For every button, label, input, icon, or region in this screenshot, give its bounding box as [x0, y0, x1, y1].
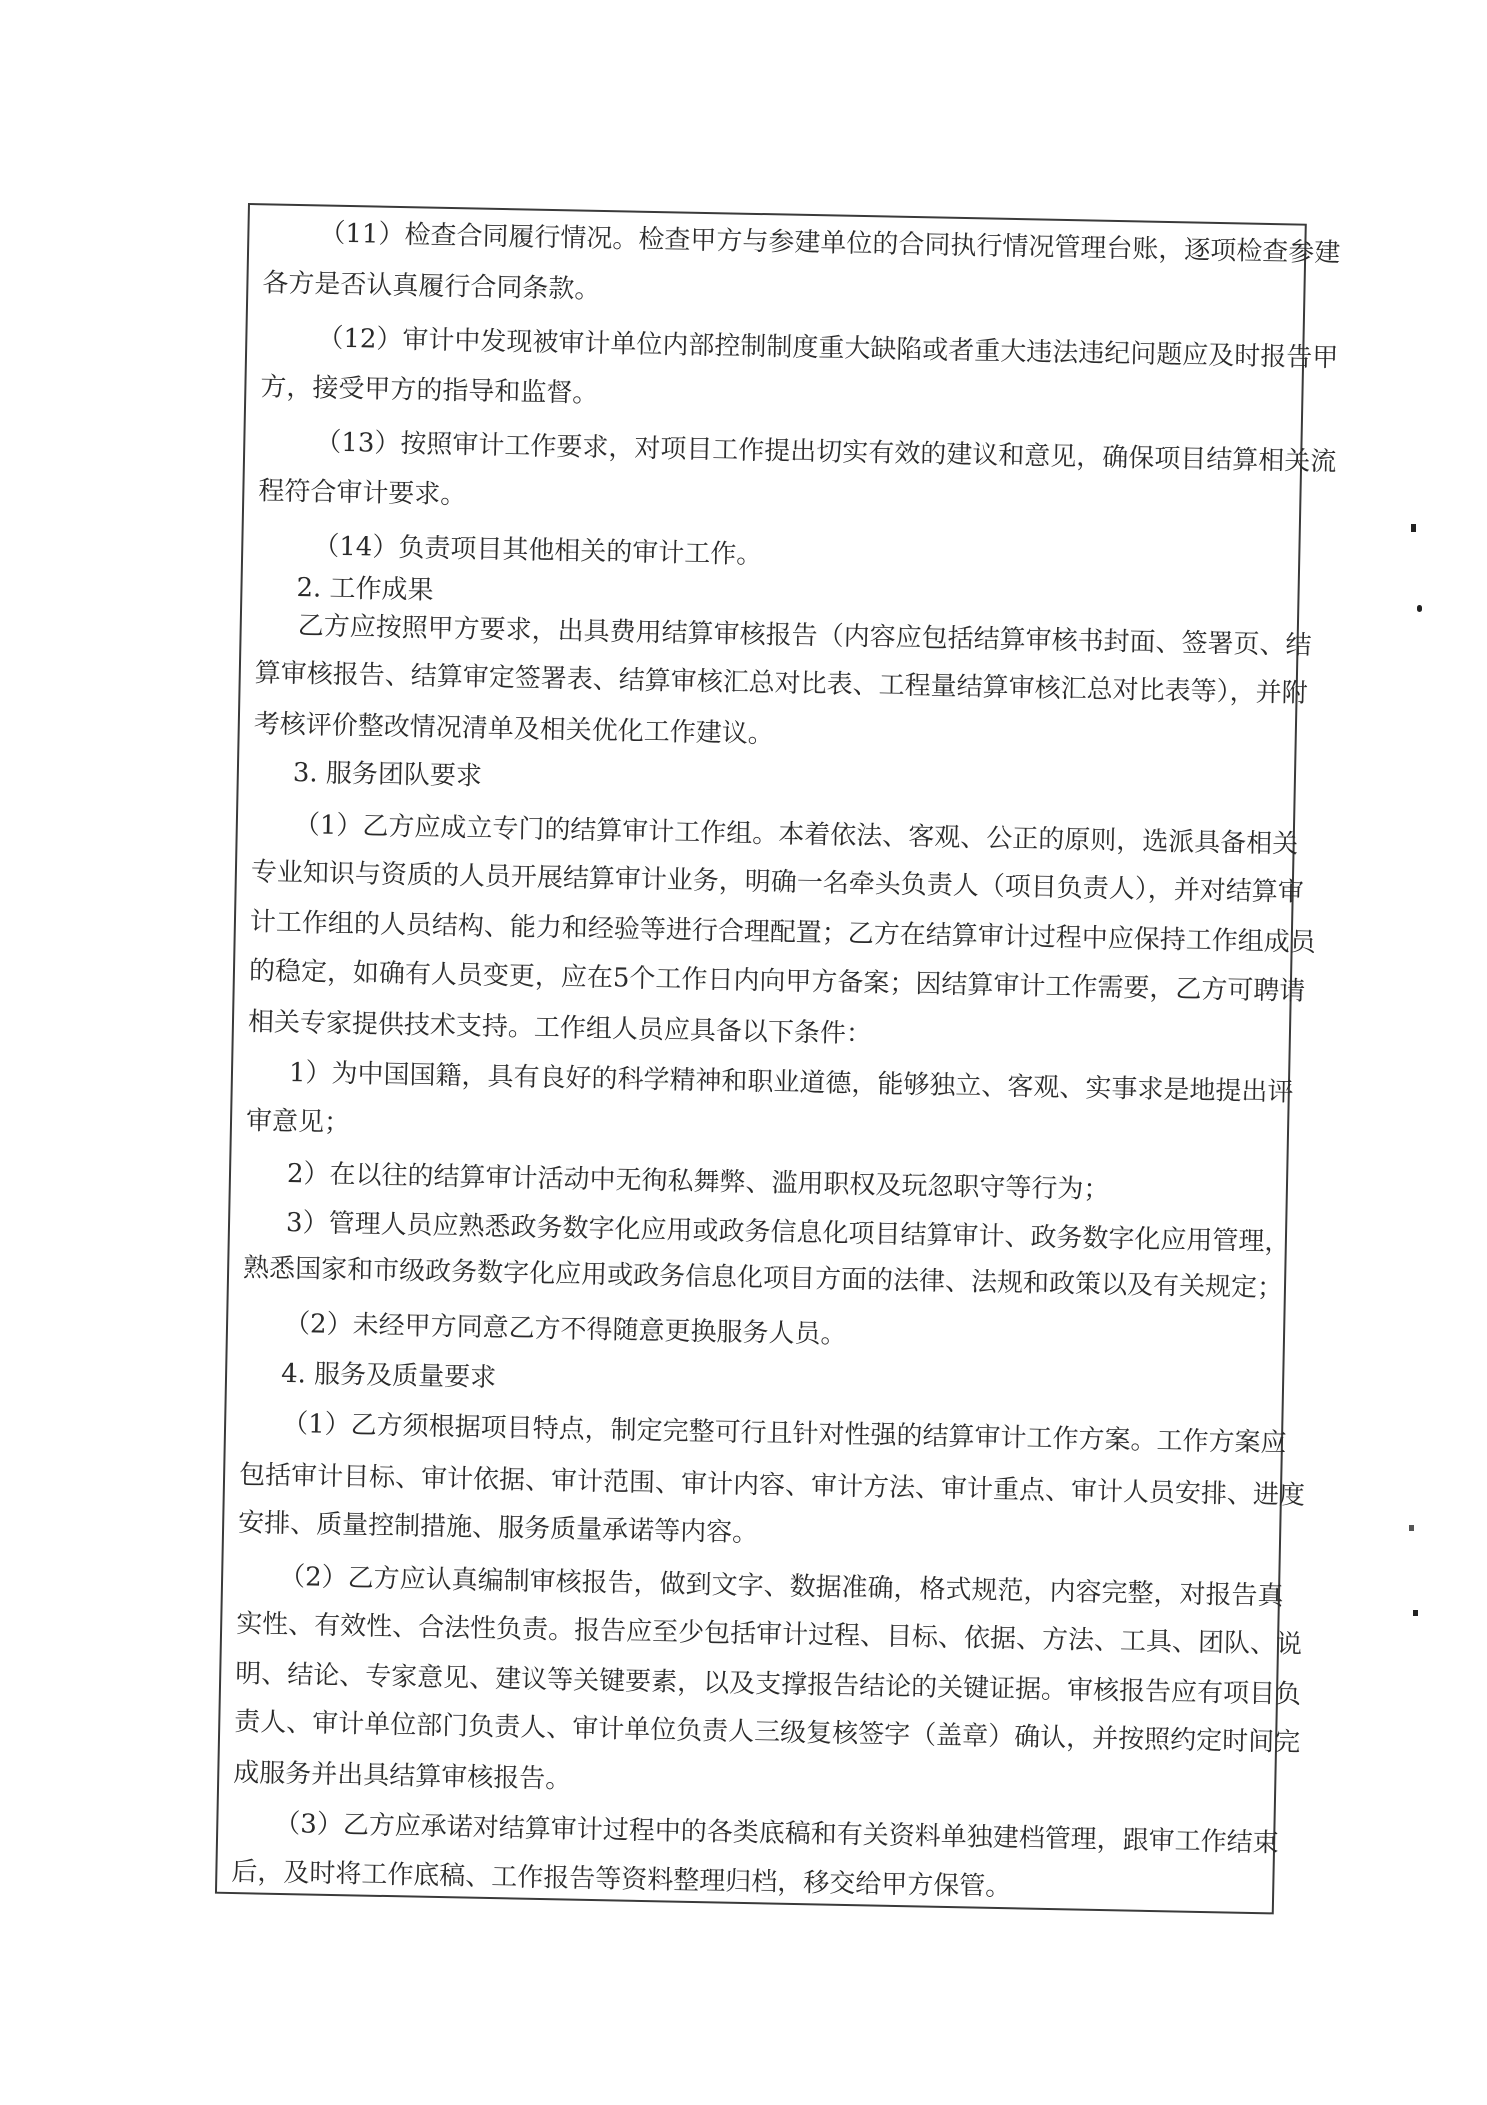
team-2-line-1: （2）未经甲方同意乙方不得随意更换服务人员。 — [284, 1308, 1269, 1359]
item-12-line-2: 方，接受甲方的指导和监督。 — [260, 371, 1287, 423]
item-11-line-1: （11）检查合同履行情况。检查甲方与参建单位的合同执行情况管理台账，逐项检查参建 — [319, 217, 1290, 268]
condition-3-line-1: 3）管理人员应熟悉政务数字化应用或政务信息化项目结算审计、政务数字化应用管理， — [286, 1207, 1271, 1258]
quality-3-line-1: （3）乙方应承诺对结算审计过程中的各类底稿和有关资料单独建档管理，跟审工作结束 — [274, 1808, 1259, 1859]
work-results-line-3: 考核评价整改情况清单及相关优化工作建议。 — [254, 708, 1281, 760]
scan-speck — [1417, 605, 1422, 612]
quality-2-line-2: 实性、有效性、合法性负责。报告应至少包括审计过程、目标、依据、方法、工具、团队、… — [236, 1608, 1263, 1660]
quality-3-line-2: 后，及时将工作底稿、工作报告等资料整理归档，移交给甲方保管。 — [231, 1856, 1258, 1908]
quality-1-line-1: （1）乙方须根据项目特点，制定完整可行且针对性强的结算审计工作方案。工作方案应 — [282, 1408, 1267, 1459]
item-11-line-2: 各方是否认真履行合同条款。 — [262, 267, 1289, 319]
team-1-line-4: 的稳定，如确有人员变更，应在5个工作日内向甲方备案；因结算审计工作需要，乙方可聘… — [249, 955, 1276, 1007]
scan-speck — [1411, 524, 1416, 532]
condition-2-line-1: 2）在以往的结算审计活动中无徇私舞弊、滥用职权及玩忽职守等行为； — [287, 1158, 1272, 1209]
item-12-line-1: （12）审计中发现被审计单位内部控制制度重大缺陷或者重大违法违纪问题应及时报告甲 — [317, 322, 1288, 373]
condition-1-line-2: 审意见； — [246, 1105, 1273, 1157]
scan-speck — [1409, 1525, 1414, 1531]
quality-2-line-3: 明、结论、专家意见、建议等关键要素，以及支撑报告结论的关键证据。审核报告应有项目… — [235, 1658, 1262, 1710]
item-14-line-1: （14）负责项目其他相关的审计工作。 — [313, 530, 1284, 581]
item-13-line-2: 程符合审计要求。 — [258, 475, 1285, 527]
quality-2-line-1: （2）乙方应认真编制审核报告，做到文字、数据准确，格式规范，内容完整，对报告真 — [279, 1561, 1264, 1612]
team-1-line-3: 计工作组的人员结构、能力和经验等进行合理配置；乙方在结算审计过程中应保持工作组成… — [250, 906, 1277, 958]
item-13-line-1: （13）按照审计工作要求，对项目工作提出切实有效的建议和意见，确保项目结算相关流 — [315, 426, 1286, 477]
quality-2-line-5: 成服务并出具结算审核报告。 — [233, 1757, 1260, 1809]
bordered-content-frame: （11）检查合同履行情况。检查甲方与参建单位的合同执行情况管理台账，逐项检查参建… — [215, 203, 1307, 1914]
condition-3-line-2: 熟悉国家和市级政务数字化应用或政务信息化项目方面的法律、法规和政策以及有关规定； — [243, 1252, 1270, 1304]
team-1-line-5: 相关专家提供技术支持。工作组人员应具备以下条件： — [248, 1006, 1275, 1058]
scanned-page: （11）检查合同履行情况。检查甲方与参建单位的合同执行情况管理台账，逐项检查参建… — [0, 0, 1487, 2105]
condition-1-line-1: 1）为中国国籍，具有良好的科学精神和职业道德，能够独立、客观、实事求是地提出评 — [289, 1057, 1274, 1108]
heading-team-requirements: 3. 服务团队要求 — [293, 757, 1280, 808]
quality-1-line-2: 包括审计目标、审计依据、审计范围、审计内容、审计方法、审计重点、审计人员安排、进… — [239, 1459, 1266, 1511]
quality-1-line-3: 安排、质量控制措施、服务质量承诺等内容。 — [238, 1507, 1265, 1559]
team-1-line-2: 专业知识与资质的人员开展结算审计业务，明确一名牵头负责人（项目负责人），并对结算… — [251, 856, 1278, 908]
heading-quality-requirements: 4. 服务及质量要求 — [281, 1358, 1268, 1409]
team-1-line-1: （1）乙方应成立专门的结算审计工作组。本着依法、客观、公正的原则，选派具备相关 — [294, 809, 1279, 860]
work-results-line-2: 算审核报告、结算审定签署表、结算审核汇总对比表、工程量结算审核汇总对比表等），并… — [254, 657, 1281, 709]
quality-2-line-4: 责人、审计单位部门负责人、审计单位负责人三级复核签字（盖章）确认，并按照约定时间… — [234, 1706, 1261, 1758]
scan-speck — [1413, 1610, 1418, 1616]
